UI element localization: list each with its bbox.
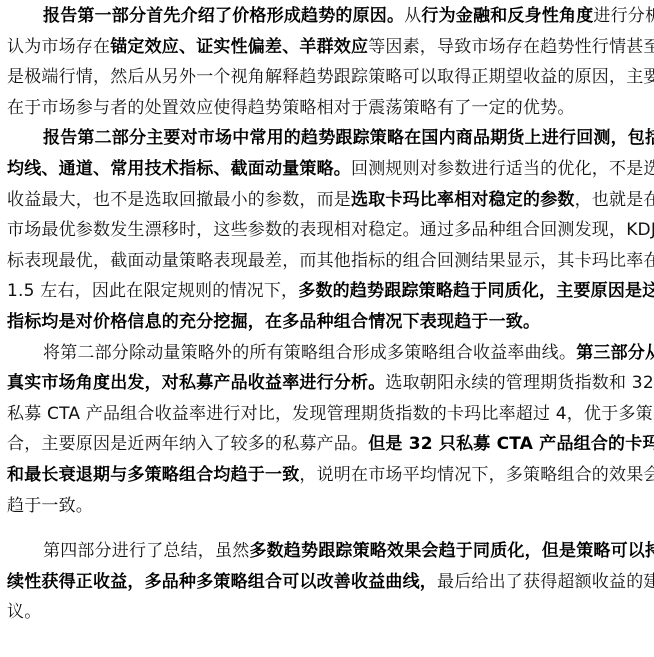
paragraph-part4-line-3: 议。 [7, 597, 642, 628]
bold-text: 但是 32 只私募 CTA 产品组合的卡玛比率 [368, 434, 654, 454]
paragraph-part1-line-4: 在于市场参与者的处置效应使得趋势策略相对于震荡策略有了一定的优势。 [7, 93, 642, 124]
bold-text: 锚定效应、证实性偏差、羊群效应 [110, 37, 368, 57]
text: 趋于一致。 [7, 496, 93, 516]
text: 选取朝阳永续的管理期货指数和 32 只 [385, 373, 654, 393]
text: 是极端行情，然后从另外一个视角解释趋势跟踪策略可以取得正期望收益的原因，主要 [7, 67, 654, 87]
bold-text: 均线、通道、常用技术指标、截面动量策略。 [7, 159, 351, 179]
paragraph-part3-line-1: 将第二部分除动量策略外的所有策略组合形成多策略组合收益率曲线。第三部分从 [43, 338, 642, 369]
text: 私募 CTA 产品组合收益率进行对比，发现管理期货指数的卡玛比率超过 4，优于多… [7, 404, 654, 424]
text: 1.5 左右，因此在限定规则的情况下， [7, 281, 298, 301]
bold-text: 和最长衰退期与多策略组合均趋于一致 [7, 465, 299, 485]
bold-text: 选取卡玛比率相对稳定的参数 [351, 190, 575, 210]
bold-text: 真实市场角度出发，对私募产品收益率进行分析。 [7, 373, 385, 393]
text: 认为市场存在 [7, 37, 110, 57]
bold-text: 多数的趋势跟踪策略趋于同质化，主要原因是这些 [298, 281, 654, 301]
text: 将第二部分除动量策略外的所有策略组合形成多策略组合收益率曲线。 [43, 343, 576, 363]
bold-text: 行为金融和反身性角度 [421, 6, 593, 26]
bold-text: 指标均是对价格信息的充分挖掘，在多品种组合情况下表现趋于一致。 [7, 312, 540, 332]
paragraph-part3-line-4: 合，主要原因是近两年纳入了较多的私募产品。但是 32 只私募 CTA 产品组合的… [7, 429, 642, 460]
text: 第四部分进行了总结，虽然 [43, 541, 249, 561]
bold-text: 第三部分从 [576, 343, 654, 363]
bold-text: 多数趋势跟踪策略效果会趋于同质化，但是策略可以持 [249, 541, 654, 561]
bold-text: 报告第二部分主要对市场中常用的趋势跟踪策略在国内商品期货上进行回测，包括 [43, 128, 654, 148]
text: 合，主要原因是近两年纳入了较多的私募产品。 [7, 434, 368, 454]
paragraph-part3-line-5: 和最长衰退期与多策略组合均趋于一致，说明在市场平均情况下，多策略组合的效果会 [7, 460, 642, 491]
text: 等因素，导致市场存在趋势性行情甚至 [368, 37, 654, 57]
bold-text: 续性获得正收益，多品种多策略组合可以改善收益曲线， [7, 572, 437, 592]
paragraph-part2-line-5: 标表现最优，截面动量策略表现最差，而其他指标的组合回测结果显示，其卡玛比率在 [7, 246, 642, 277]
paragraph-part1-line-2: 认为市场存在锚定效应、证实性偏差、羊群效应等因素，导致市场存在趋势性行情甚至 [7, 32, 642, 63]
paragraph-part4-line-1: 第四部分进行了总结，虽然多数趋势跟踪策略效果会趋于同质化，但是策略可以持 [43, 536, 642, 567]
text: ，也就是在 [575, 190, 654, 210]
paragraph-part1-line-1: 报告第一部分首先介绍了价格形成趋势的原因。从行为金融和反身性角度进行分析， [43, 1, 642, 32]
paragraph-part2-line-6: 1.5 左右，因此在限定规则的情况下，多数的趋势跟踪策略趋于同质化，主要原因是这… [7, 276, 642, 307]
paragraph-part1-line-3: 是极端行情，然后从另外一个视角解释趋势跟踪策略可以取得正期望收益的原因，主要 [7, 62, 642, 93]
paragraph-part3-line-2: 真实市场角度出发，对私募产品收益率进行分析。选取朝阳永续的管理期货指数和 32 … [7, 368, 642, 399]
text: 最后给出了获得超额收益的建 [437, 572, 654, 592]
text: 标表现最优，截面动量策略表现最差，而其他指标的组合回测结果显示，其卡玛比率在 [7, 251, 654, 271]
paragraph-part2-line-3: 收益最大，也不是选取回撤最小的参数，而是选取卡玛比率相对稳定的参数，也就是在 [7, 185, 642, 216]
bold-text: 报告第一部分首先介绍了价格形成趋势的原因。 [43, 6, 404, 26]
text: 从 [404, 6, 421, 26]
text: ，说明在市场平均情况下，多策略组合的效果会 [299, 465, 654, 485]
paragraph-part3-line-3: 私募 CTA 产品组合收益率进行对比，发现管理期货指数的卡玛比率超过 4，优于多… [7, 399, 642, 430]
text: 收益最大，也不是选取回撤最小的参数，而是 [7, 190, 351, 210]
text: 在于市场参与者的处置效应使得趋势策略相对于震荡策略有了一定的优势。 [7, 98, 575, 118]
paragraph-part3-line-6: 趋于一致。 [7, 491, 642, 522]
paragraph-part2-line-4: 市场最优参数发生漂移时，这些参数的表现相对稳定。通过多品种组合回测发现，KDJ … [7, 215, 642, 246]
text: 回测规则对参数进行适当的优化，不是选取 [351, 159, 654, 179]
paragraph-part4-line-2: 续性获得正收益，多品种多策略组合可以改善收益曲线，最后给出了获得超额收益的建 [7, 567, 642, 598]
text: 市场最优参数发生漂移时，这些参数的表现相对稳定。通过多品种组合回测发现，KDJ … [7, 220, 654, 240]
paragraph-part2-line-1: 报告第二部分主要对市场中常用的趋势跟踪策略在国内商品期货上进行回测，包括 [43, 123, 642, 154]
paragraph-part2-line-7: 指标均是对价格信息的充分挖掘，在多品种组合情况下表现趋于一致。 [7, 307, 642, 338]
paragraph-part2-line-2: 均线、通道、常用技术指标、截面动量策略。回测规则对参数进行适当的优化，不是选取 [7, 154, 642, 185]
text: 议。 [7, 602, 41, 622]
text: 进行分析， [593, 6, 654, 26]
